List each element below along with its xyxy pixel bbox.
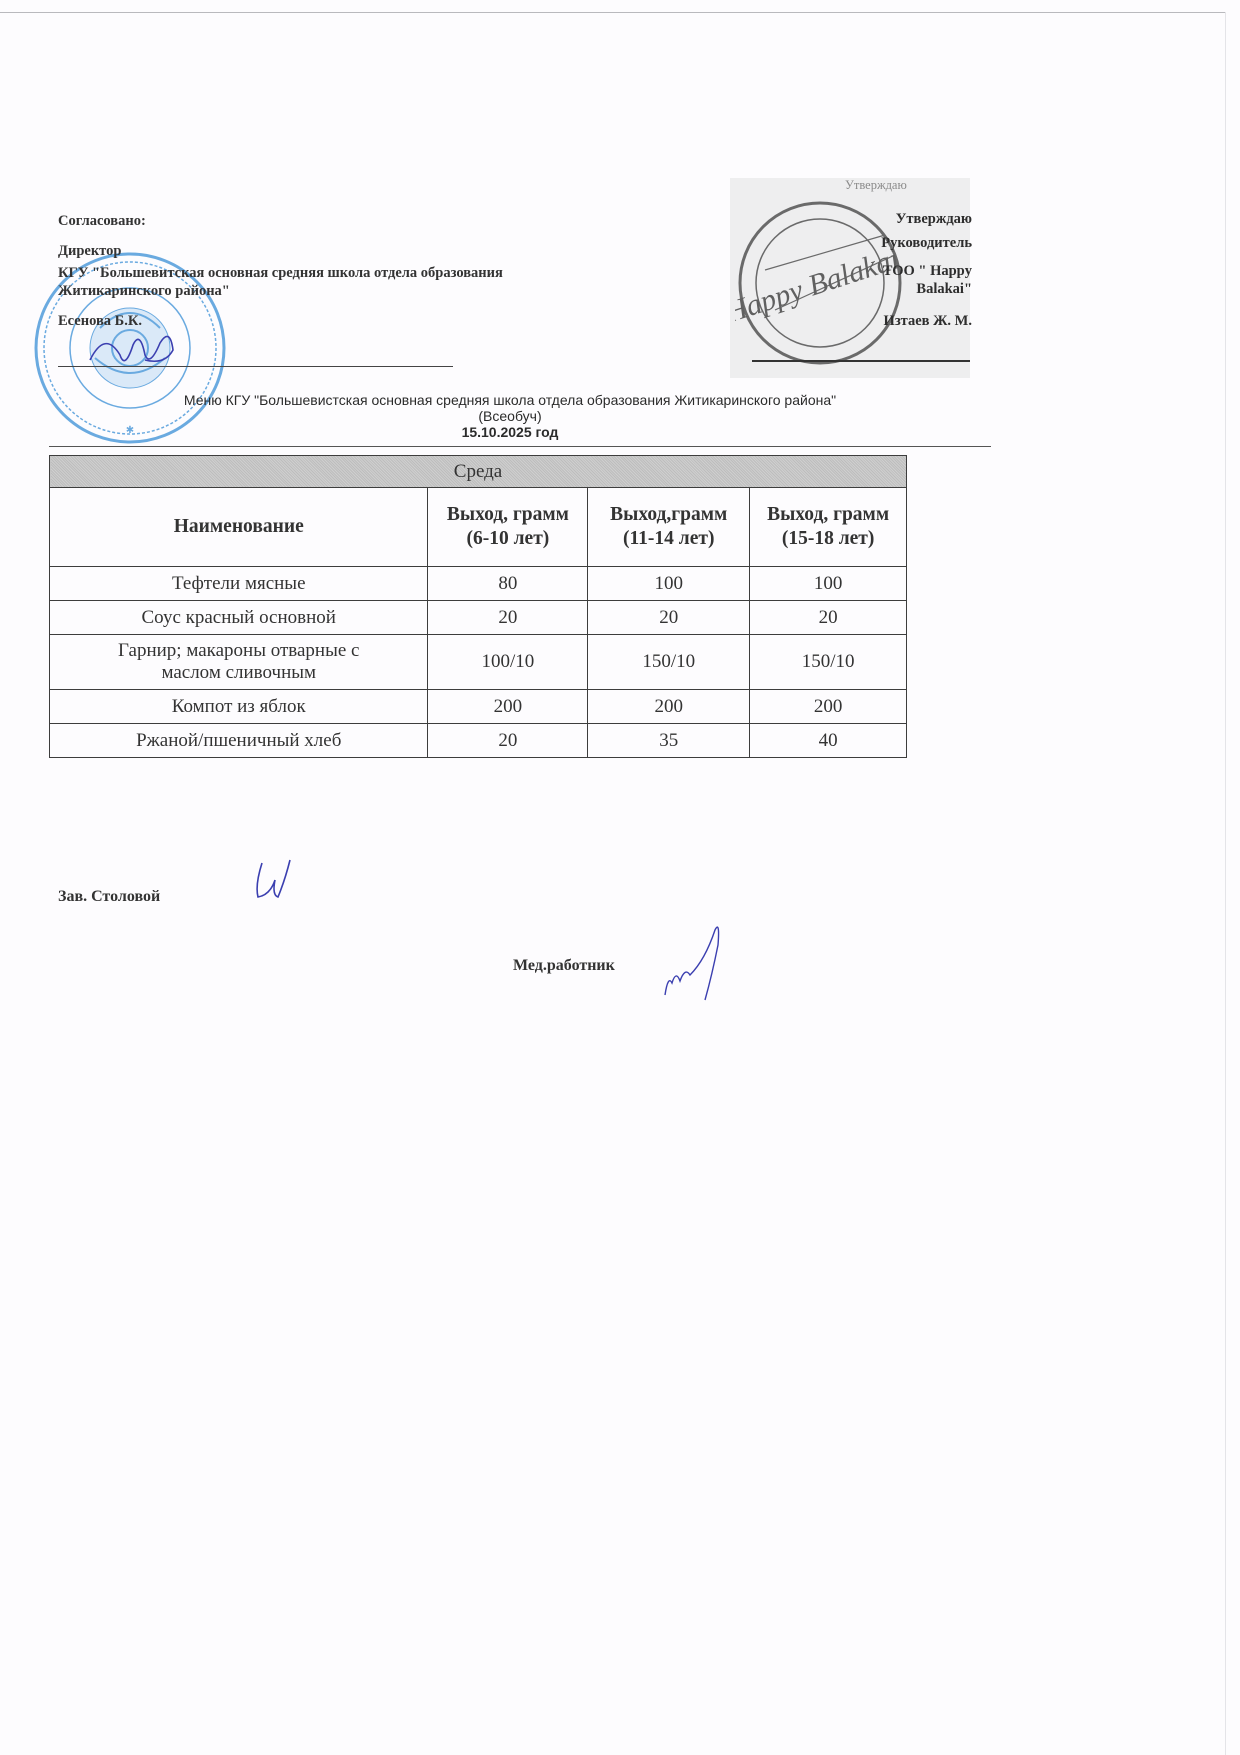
portion-6-10: 200 [428,690,588,724]
document-title: Меню КГУ "Большевистская основная средня… [40,392,980,440]
svg-text:Happy Balakai: Happy Balakai [735,242,903,330]
day-row: Среда [50,456,907,488]
faded-approval-heading: Утверждаю [845,178,907,193]
header-row: Наименование Выход, грамм (6-10 лет) Вых… [50,488,907,567]
approval-position: Руководитель [881,234,972,252]
portion-6-10: 100/10 [428,635,588,690]
portion-6-10: 20 [428,601,588,635]
title-subtitle: (Всеобуч) [40,408,980,424]
approval-position: Директор [58,242,121,260]
portion-15-18: 100 [750,567,907,601]
portion-15-18: 150/10 [750,635,907,690]
menu-table: Среда Наименование Выход, грамм (6-10 ле… [49,455,907,758]
day-of-week: Среда [50,456,907,488]
table-row: Ржаной/пшеничный хлеб 20 35 40 [50,724,907,758]
medic-label: Мед.работник [513,957,615,975]
approval-heading: Утверждаю [896,210,972,228]
portion-11-14: 35 [588,724,750,758]
title-rule [49,446,991,447]
director-signature-icon [85,325,180,375]
title-main: Меню КГУ "Большевистская основная средня… [40,392,980,408]
table-row: Гарнир; макароны отварные с маслом сливо… [50,635,907,690]
approval-organization: КГУ "Большевитская основная средняя школ… [58,264,503,282]
portion-11-14: 100 [588,567,750,601]
portion-15-18: 20 [750,601,907,635]
dish-name: Компот из яблок [50,690,428,724]
portion-6-10: 80 [428,567,588,601]
medic-signature-icon [660,915,740,1005]
canteen-head-label: Зав. Столовой [58,888,160,906]
approval-organization: ТОО " Happy [883,262,972,280]
approval-organization-cont: Balakai" [916,280,972,298]
table-row: Тефтели мясные 80 100 100 [50,567,907,601]
portion-15-18: 200 [750,690,907,724]
portion-6-10: 20 [428,724,588,758]
title-date: 15.10.2025 год [40,424,980,440]
dish-name: Гарнир; макароны отварные с маслом сливо… [50,635,428,690]
dish-name: Соус красный основной [50,601,428,635]
table-row: Компот из яблок 200 200 200 [50,690,907,724]
page-edge [0,12,1226,13]
signature-line [752,360,970,362]
portion-11-14: 200 [588,690,750,724]
round-company-seal-icon: Happy Balakai [735,195,915,365]
approval-organization-cont: Житикаринского района" [58,282,230,300]
column-header-age-6-10: Выход, грамм (6-10 лет) [428,488,588,567]
approval-heading: Согласовано: [58,212,146,230]
approval-name: Изтаев Ж. М. [884,312,972,330]
portion-15-18: 40 [750,724,907,758]
table-row: Соус красный основной 20 20 20 [50,601,907,635]
column-header-name: Наименование [50,488,428,567]
portion-11-14: 150/10 [588,635,750,690]
canteen-head-signature-icon [250,855,295,905]
column-header-age-15-18: Выход, грамм (15-18 лет) [750,488,907,567]
portion-11-14: 20 [588,601,750,635]
page-edge [1225,12,1226,1755]
column-header-age-11-14: Выход,грамм (11-14 лет) [588,488,750,567]
dish-name: Тефтели мясные [50,567,428,601]
dish-name: Ржаной/пшеничный хлеб [50,724,428,758]
